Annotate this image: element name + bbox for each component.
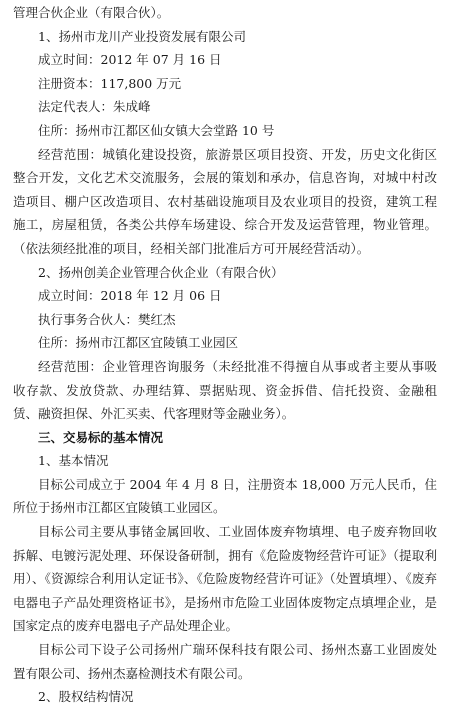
paragraph: 法定代表人：朱成峰 — [13, 95, 437, 119]
paragraph: 2、扬州创美企业管理合伙企业（有限合伙） — [13, 261, 437, 285]
paragraph: 2、股权结构情况 — [13, 685, 437, 709]
document-page: 管理合伙企业（有限合伙）。1、扬州市龙川产业投资发展有限公司成立时间：2012 … — [0, 0, 449, 710]
paragraph: 目标公司主要从事锗金属回收、工业固体废弃物填埋、电子废弃物回收拆解、电镀污泥处理… — [13, 520, 437, 638]
paragraph: 经营范围：企业管理咨询服务（未经批准不得擅自从事或者主要从事吸收存款、发放贷款、… — [13, 355, 437, 426]
section-heading: 三、交易标的基本情况 — [13, 426, 437, 450]
paragraph: 住所：扬州市江都区宜陵镇工业园区 — [13, 331, 437, 355]
paragraph: 住所：扬州市江都区仙女镇大会堂路 10 号 — [13, 119, 437, 143]
paragraph: 成立时间：2018 年 12 月 06 日 — [13, 284, 437, 308]
paragraph: 目标公司下设子公司扬州广瑞环保科技有限公司、扬州杰嘉工业固废处置有限公司、扬州杰… — [13, 638, 437, 685]
paragraph: 执行事务合伙人：樊红杰 — [13, 308, 437, 332]
paragraph: 成立时间：2012 年 07 月 16 日 — [13, 48, 437, 72]
paragraph: 1、基本情况 — [13, 449, 437, 473]
paragraph: 经营范围：城镇化建设投资，旅游景区项目投资、开发，历史文化街区整合开发，文化艺术… — [13, 143, 437, 261]
paragraph: 注册资本：117,800 万元 — [13, 72, 437, 96]
paragraph: 目标公司成立于 2004 年 4 月 8 日，注册资本 18,000 万元人民币… — [13, 473, 437, 520]
paragraph: 管理合伙企业（有限合伙）。 — [13, 1, 437, 25]
paragraph: 1、扬州市龙川产业投资发展有限公司 — [13, 25, 437, 49]
